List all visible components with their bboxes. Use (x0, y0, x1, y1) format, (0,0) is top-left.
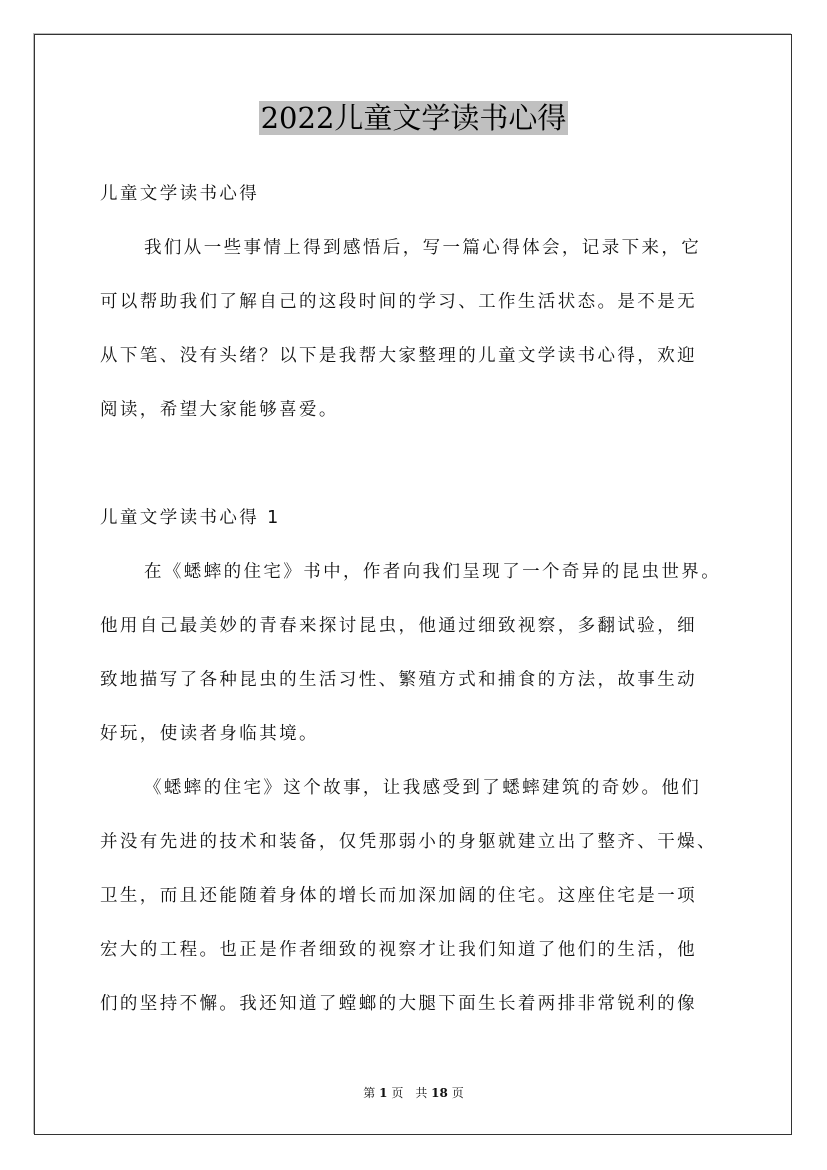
page-current: 1 (379, 1086, 387, 1100)
page-mid: 页 共 (391, 1086, 427, 1100)
paragraph-line: 他用自己最美妙的青春来探讨昆虫，他通过细致视察，多翻试验，细 (100, 614, 730, 638)
paragraph-line: 在《蟋蟀的住宅》书中，作者向我们呈现了一个奇异的昆虫世界。 (144, 560, 774, 584)
paragraph-line: 卫生，而且还能随着身体的增长而加深加阔的住宅。这座住宅是一项 (100, 884, 730, 908)
page-prefix: 第 (363, 1086, 375, 1100)
intro-line: 我们从一些事情上得到感悟后，写一篇心得体会，记录下来，它 (144, 236, 774, 260)
paragraph-line: 好玩，使读者身临其境。 (100, 722, 730, 746)
paragraph-line: 致地描写了各种昆虫的生活习性、繁殖方式和捕食的方法，故事生动 (100, 668, 730, 692)
document-title: 2022儿童文学读书心得 (259, 101, 569, 135)
document-title-wrap: 2022儿童文学读书心得 (0, 97, 827, 139)
page-total: 18 (431, 1086, 448, 1100)
intro-line: 可以帮助我们了解自己的这段时间的学习、工作生活状态。是不是无 (100, 290, 730, 314)
intro-line: 阅读，希望大家能够喜爱。 (100, 398, 730, 422)
page-footer: 第 1 页 共 18 页 (0, 1084, 827, 1101)
paragraph-line: 宏大的工程。也正是作者细致的视察才让我们知道了他们的生活，他 (100, 938, 730, 962)
paragraph-line: 并没有先进的技术和装备，仅凭那弱小的身躯就建立出了整齐、干燥、 (100, 830, 730, 854)
section-heading: 儿童文学读书心得 1 (100, 506, 730, 530)
subtitle: 儿童文学读书心得 (100, 182, 730, 206)
intro-line: 从下笔、没有头绪？以下是我帮大家整理的儿童文学读书心得，欢迎 (100, 344, 730, 368)
page-suffix: 页 (452, 1086, 464, 1100)
paragraph-line: 们的坚持不懈。我还知道了螳螂的大腿下面生长着两排非常锐利的像 (100, 992, 730, 1016)
paragraph-line: 《蟋蟀的住宅》这个故事，让我感受到了蟋蟀建筑的奇妙。他们 (144, 776, 774, 800)
